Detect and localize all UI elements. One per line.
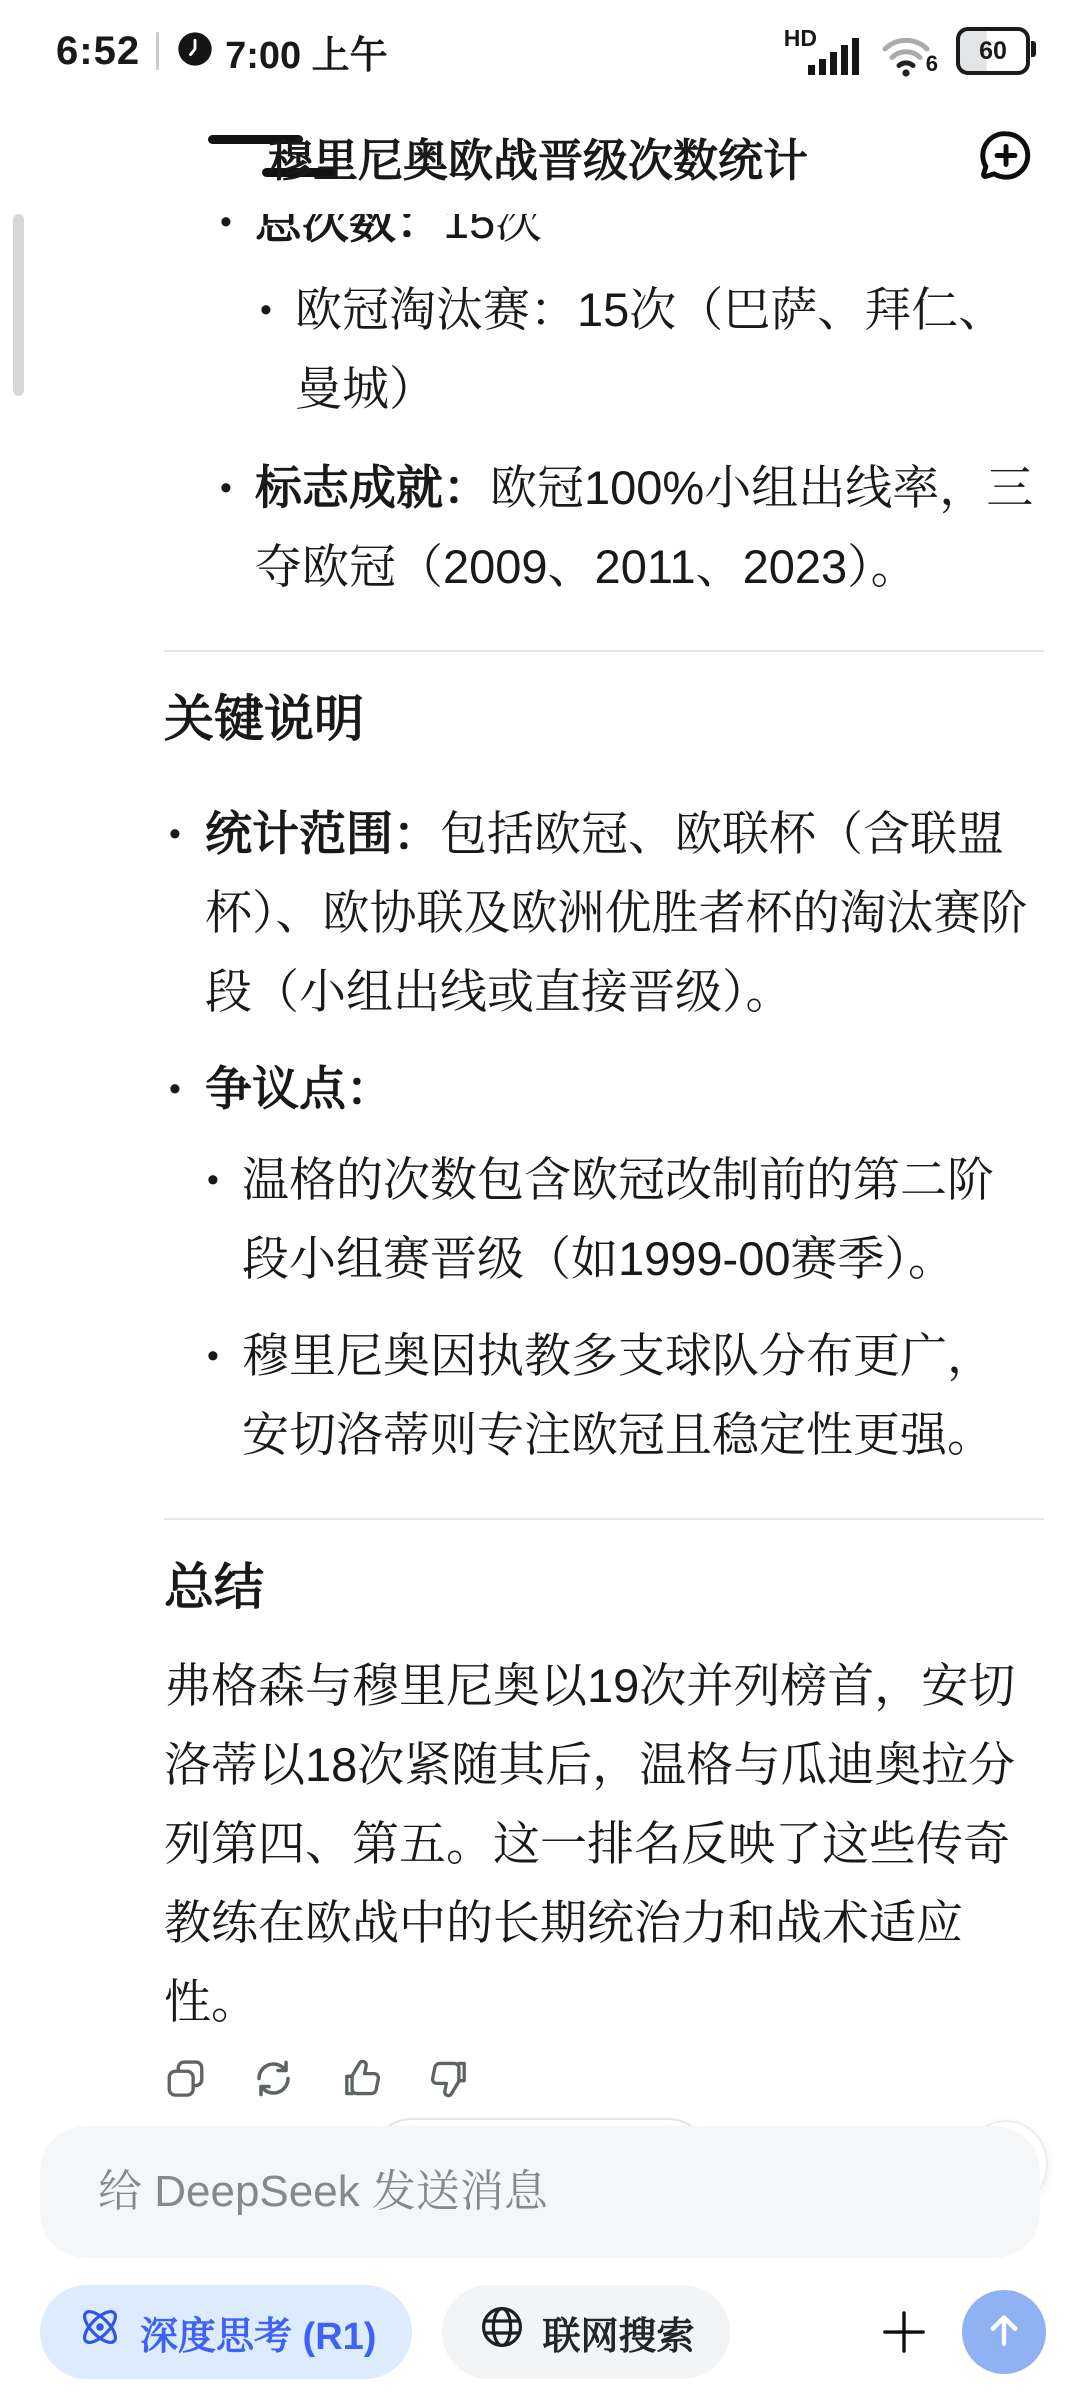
message-input[interactable] — [96, 2166, 984, 2218]
summary-paragraph: 弗格森与穆里尼奥以19次并列榜首，安切洛蒂以18次紧随其后，温格与瓜迪奥拉分列第… — [164, 1646, 1040, 2041]
page-title: 穆里尼奥欧战晋级次数统计 — [104, 124, 972, 189]
deepthink-label: 深度思考 (R1) — [140, 2305, 376, 2360]
section-divider — [164, 650, 1044, 652]
section-heading: 关键说明 — [164, 690, 1040, 748]
copy-icon[interactable] — [162, 2055, 209, 2102]
scope-label: 统计范围： — [205, 807, 440, 860]
message-composer — [40, 2126, 1040, 2258]
clipped-list-item: 总次数：15次 — [0, 214, 1080, 256]
thumbs-down-icon[interactable] — [426, 2055, 473, 2102]
list-item: 统计范围：包括欧冠、欧联杯（含联盟杯）、欧协联及欧洲优胜者杯的淘汰赛阶段（小组出… — [164, 794, 1080, 1031]
list-item: 温格的次数包含欧冠改制前的第二阶段小组赛晋级（如1999-00赛季）。 — [205, 1140, 1080, 1298]
assistant-message: 总次数：15次 欧冠淘汰赛：15次（巴萨、拜仁、曼城） 标志成就：欧冠100%小… — [0, 214, 1080, 2210]
achievement-label: 标志成就： — [255, 461, 490, 514]
total-count-label: 总次数： — [255, 214, 443, 248]
thumbs-up-icon[interactable] — [338, 2055, 385, 2102]
clock-time: 6:52 — [56, 29, 140, 74]
arrow-up-icon — [982, 2308, 1026, 2357]
list-item: 争议点： — [164, 1049, 1080, 1128]
list-item: 标志成就：欧冠100%小组出线率，三夺欧冠（2009、2011、2023）。 — [218, 448, 1080, 606]
wifi-generation-label: 6 — [926, 51, 938, 77]
deepseek-chat-screen: 6:52 7:00 上午 HD — [0, 0, 1080, 2400]
menu-icon[interactable] — [44, 135, 104, 177]
app-header: 穆里尼奥欧战晋级次数统计 — [0, 96, 1080, 216]
atom-icon — [76, 2303, 124, 2361]
regenerate-icon[interactable] — [250, 2055, 297, 2102]
section-divider — [164, 1518, 1044, 1520]
message-actions — [162, 2055, 1080, 2102]
list-item: 欧冠淘汰赛：15次（巴萨、拜仁、曼城） — [258, 270, 1080, 428]
cellular-signal-icon: HD — [784, 25, 862, 77]
web-search-label: 联网搜索 — [542, 2305, 694, 2360]
dispute-label: 争议点： — [205, 1062, 393, 1115]
globe-icon — [478, 2303, 526, 2361]
composer-toolbar: 深度思考 (R1) 联网搜索 — [40, 2284, 1046, 2380]
deepthink-toggle[interactable]: 深度思考 (R1) — [40, 2285, 412, 2379]
battery-icon: 60 — [956, 27, 1030, 75]
send-button[interactable] — [962, 2290, 1046, 2374]
list-item: 穆里尼奥因执教多支球队分布更广，安切洛蒂则专注欧冠且稳定性更强。 — [205, 1316, 1080, 1474]
wifi-icon: 6 — [880, 33, 938, 77]
attach-plus-icon[interactable] — [876, 2304, 932, 2360]
alarm-clock-icon — [175, 29, 215, 74]
battery-percent: 60 — [979, 37, 1007, 66]
alarm-chip: 7:00 上午 — [175, 24, 388, 79]
total-count-value: 15次 — [443, 214, 542, 248]
alarm-time: 7:00 上午 — [225, 24, 388, 79]
status-bar: 6:52 7:00 上午 HD — [0, 0, 1080, 96]
section-heading: 总结 — [164, 1558, 1040, 1616]
web-search-toggle[interactable]: 联网搜索 — [442, 2285, 730, 2379]
status-separator — [156, 32, 159, 70]
new-chat-icon[interactable] — [972, 125, 1036, 187]
